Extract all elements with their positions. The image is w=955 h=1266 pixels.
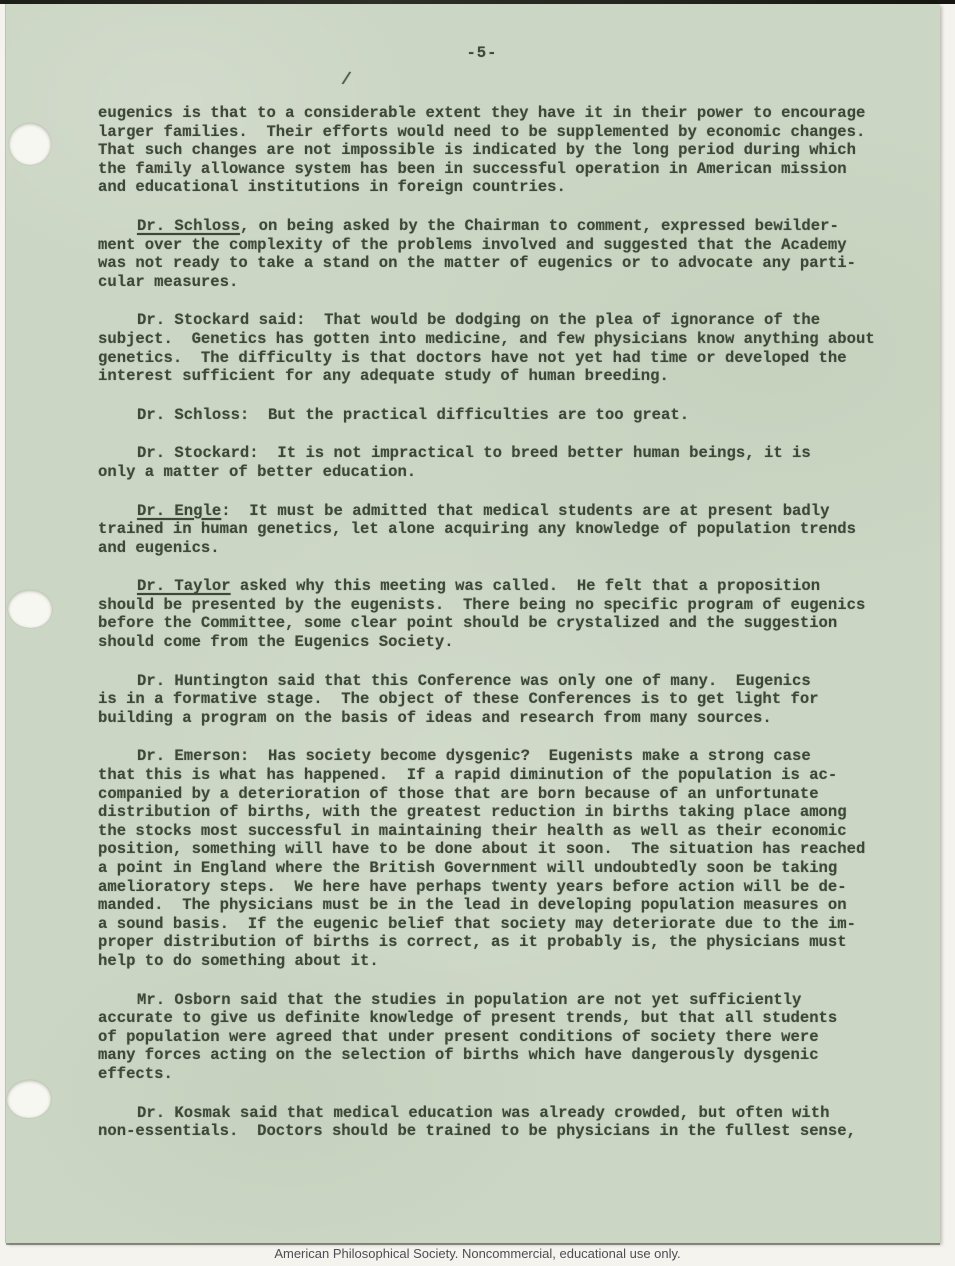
typed-paragraph: Dr. Huntington said that this Conference… [98,672,890,728]
typed-paragraph: Dr. Kosmak said that medical education w… [98,1104,890,1141]
typed-paragraph: Dr. Stockard said: That would be dodging… [98,311,890,385]
speaker-name: Dr. Schloss [137,217,240,235]
scan-page: -5- / eugenics is that to a considerable… [6,4,940,1243]
typed-paragraph: Dr. Emerson: Has society become dysgenic… [98,747,890,970]
typed-paragraph: Dr. Engle: It must be admitted that medi… [98,502,890,558]
footer-credit: American Philosophical Society. Noncomme… [0,1246,955,1261]
paragraph-text: Dr. Stockard: It is not impractical to b… [98,444,811,481]
typed-paragraph: Dr. Stockard: It is not impractical to b… [98,444,890,481]
typed-paragraph: Mr. Osborn said that the studies in popu… [98,991,890,1084]
punch-hole [7,1080,51,1118]
paragraph-text: Dr. Kosmak said that medical education w… [98,1104,856,1141]
paragraph-text: Mr. Osborn said that the studies in popu… [98,991,837,1083]
speaker-name: Dr. Engle [137,502,221,520]
document-body: eugenics is that to a considerable exten… [98,104,890,1161]
speaker-name: Dr. Taylor [137,577,231,595]
typed-paragraph: Dr. Schloss: But the practical difficult… [98,406,890,425]
typed-paragraph: eugenics is that to a considerable exten… [98,104,890,197]
typed-paragraph: Dr. Taylor asked why this meeting was ca… [98,577,890,651]
page-number: -5- [15,44,949,63]
punch-hole [9,123,51,165]
typed-paragraph: Dr. Schloss, on being asked by the Chair… [98,217,890,291]
paragraph-text: Dr. Huntington said that this Conference… [98,672,819,727]
paragraph-text: Dr. Stockard said: That would be dodging… [98,311,875,385]
paragraph-text: Dr. Emerson: Has society become dysgenic… [98,747,865,970]
paragraph-text: Dr. Schloss: But the practical difficult… [137,406,689,424]
paragraph-text: eugenics is that to a considerable exten… [98,104,865,196]
pencil-slash-mark: / [340,72,351,91]
punch-hole [8,590,52,628]
